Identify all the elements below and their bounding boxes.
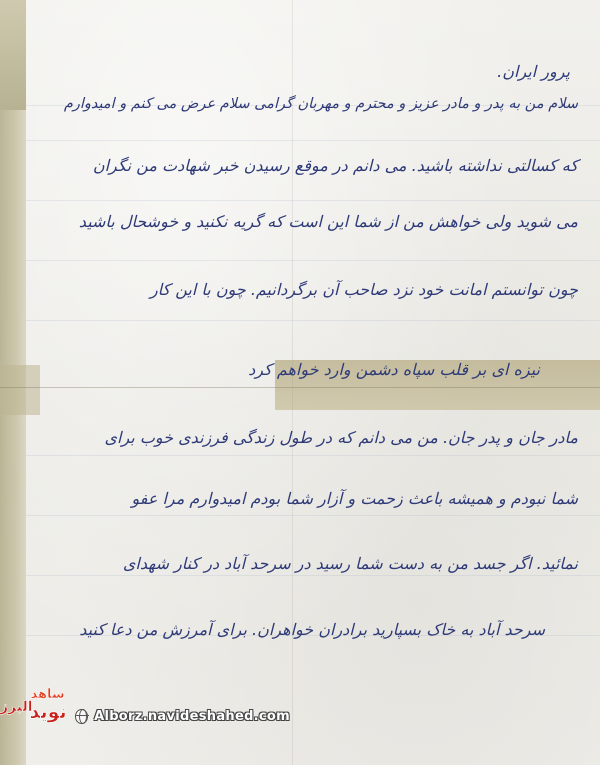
ruled-line	[26, 140, 600, 141]
globe-icon	[75, 709, 88, 724]
watermark-url: Alborz.navideshahed.com	[94, 709, 290, 724]
ruled-line	[26, 515, 600, 516]
letter-line-2: سلام من به پدر و مادر عزیز و محترم و مهر…	[64, 96, 578, 112]
letter-line-7: مادر جان و پدر جان. من می دانم که در طول…	[105, 428, 579, 447]
site-watermark: شاهد نوید البرز Alborz.navideshahed.com	[0, 687, 290, 731]
letter-line-9: نمائید. اگر جسد من به دست شما رسید در سر…	[123, 554, 578, 573]
letter-line-5: چون توانستم امانت خود نزد صاحب آن برگردا…	[150, 280, 578, 299]
letter-line-3: که کسالتی نداشته باشید. می دانم در موقع …	[93, 156, 578, 175]
ruled-line	[26, 575, 600, 576]
vertical-fold-line	[292, 0, 293, 765]
ruled-line	[26, 260, 600, 261]
navideshahed-logo: شاهد نوید البرز	[0, 687, 69, 731]
left-tape-top	[0, 0, 26, 110]
logo-text-alborz: البرز	[0, 699, 33, 715]
letter-line-4: می شوید ولی خواهش من از شما این است که گ…	[79, 212, 578, 231]
letter-line-1: پرور ایران.	[497, 62, 570, 81]
logo-text-shahed: شاهد	[30, 687, 64, 702]
horizontal-fold-line	[0, 387, 600, 388]
ruled-line	[26, 200, 600, 201]
letter-line-10: سرحد آباد به خاک بسپارید برادران خواهران…	[79, 620, 545, 639]
ruled-line	[26, 455, 600, 456]
ruled-line	[26, 320, 600, 321]
logo-text-navid: نوید	[29, 701, 66, 723]
middle-tape-left	[0, 365, 40, 415]
letter-line-8: شما نبودم و همیشه باعث زحمت و آزار شما ب…	[131, 489, 578, 508]
letter-line-6: نیزه ای بر قلب سپاه دشمن وارد خواهم کرد	[248, 360, 540, 379]
